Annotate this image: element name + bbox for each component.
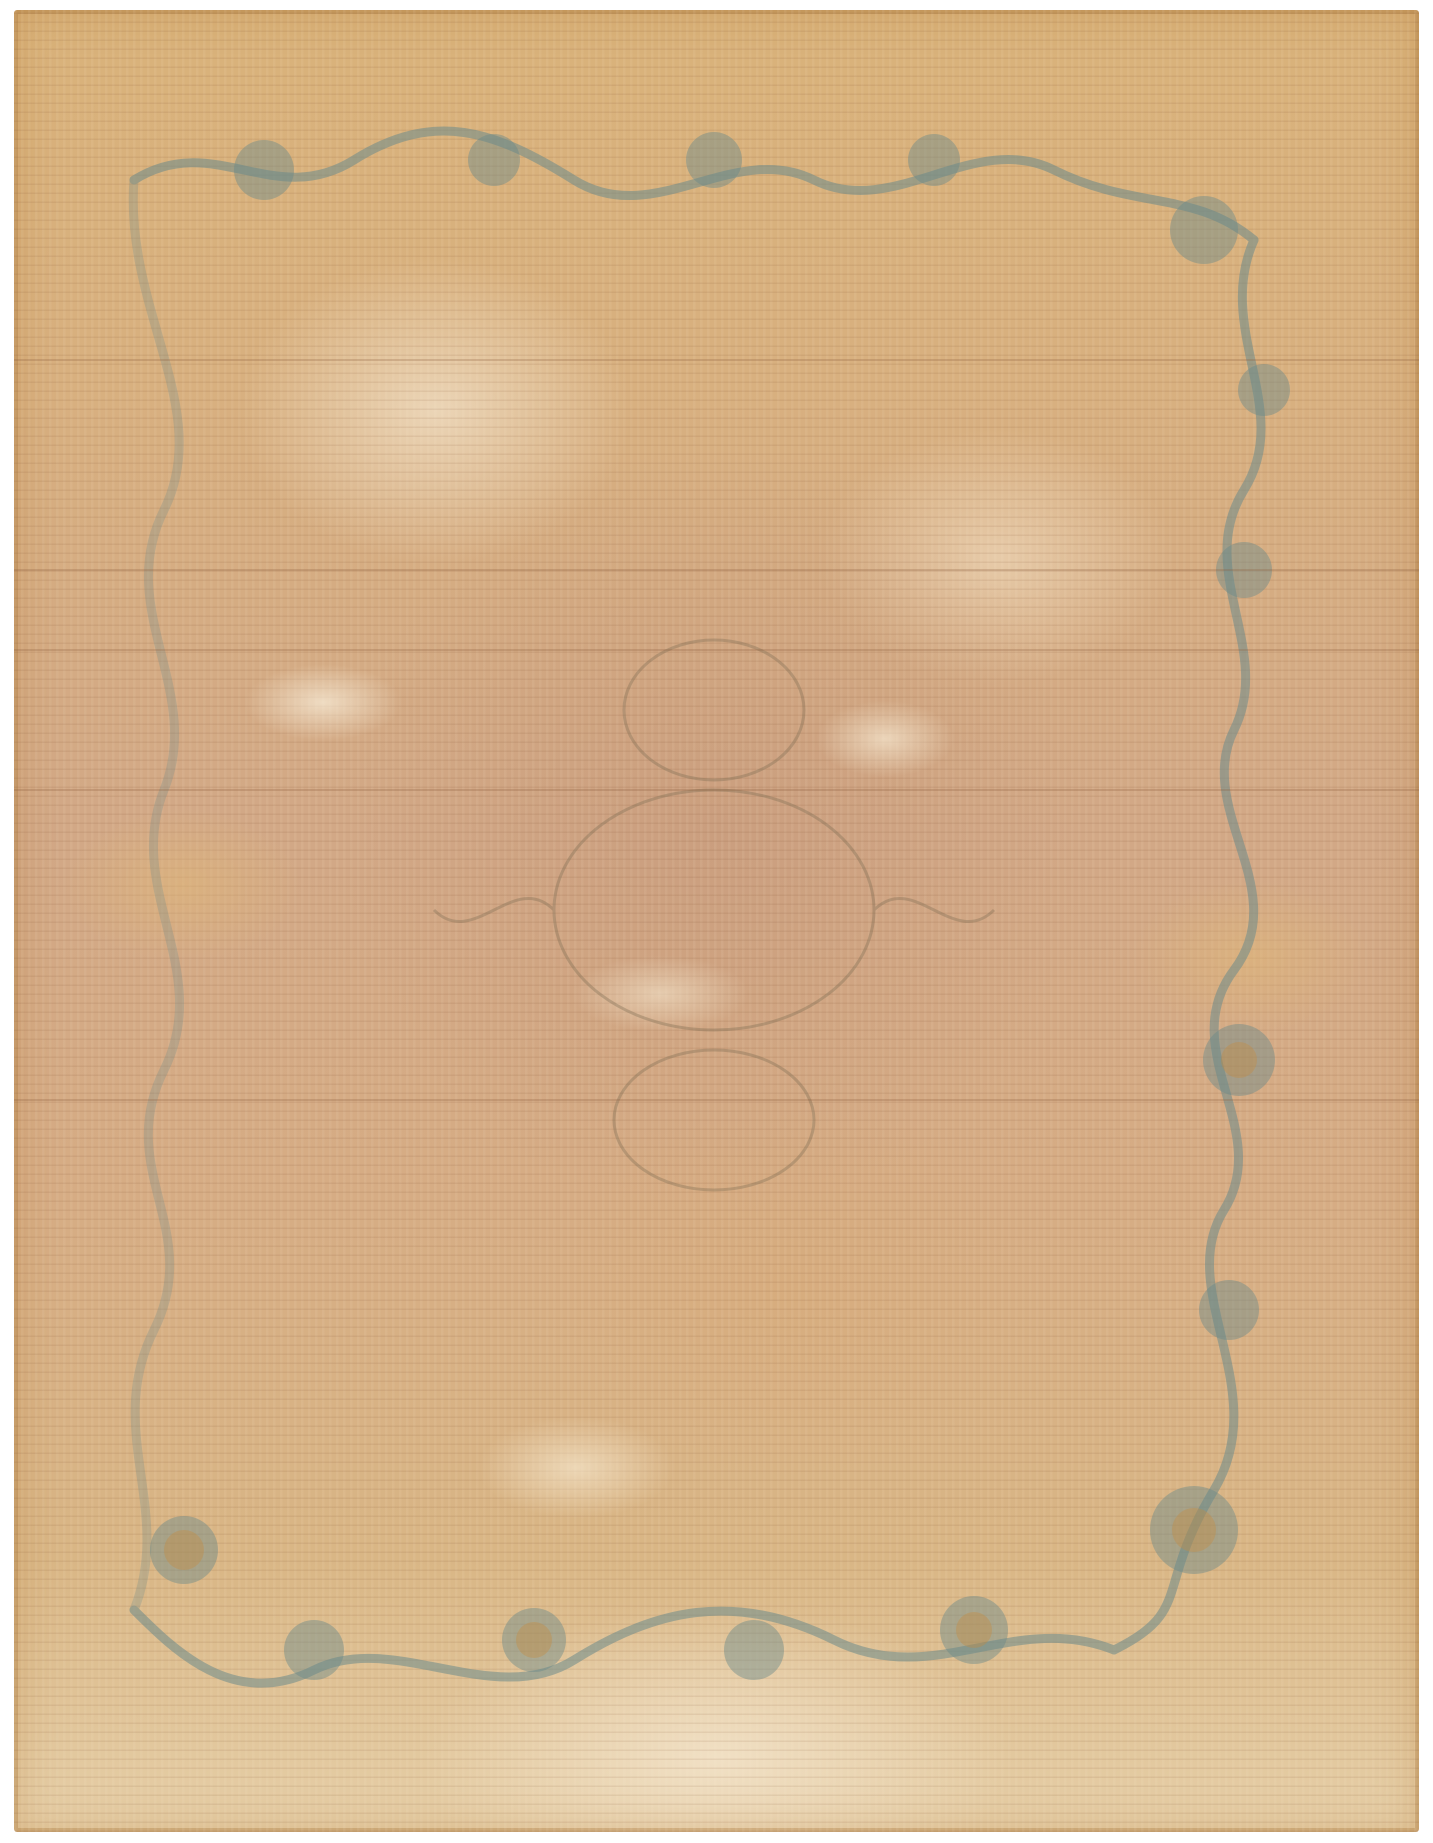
rug-photo [14,10,1419,1832]
floral-border-motifs [14,10,1419,1832]
